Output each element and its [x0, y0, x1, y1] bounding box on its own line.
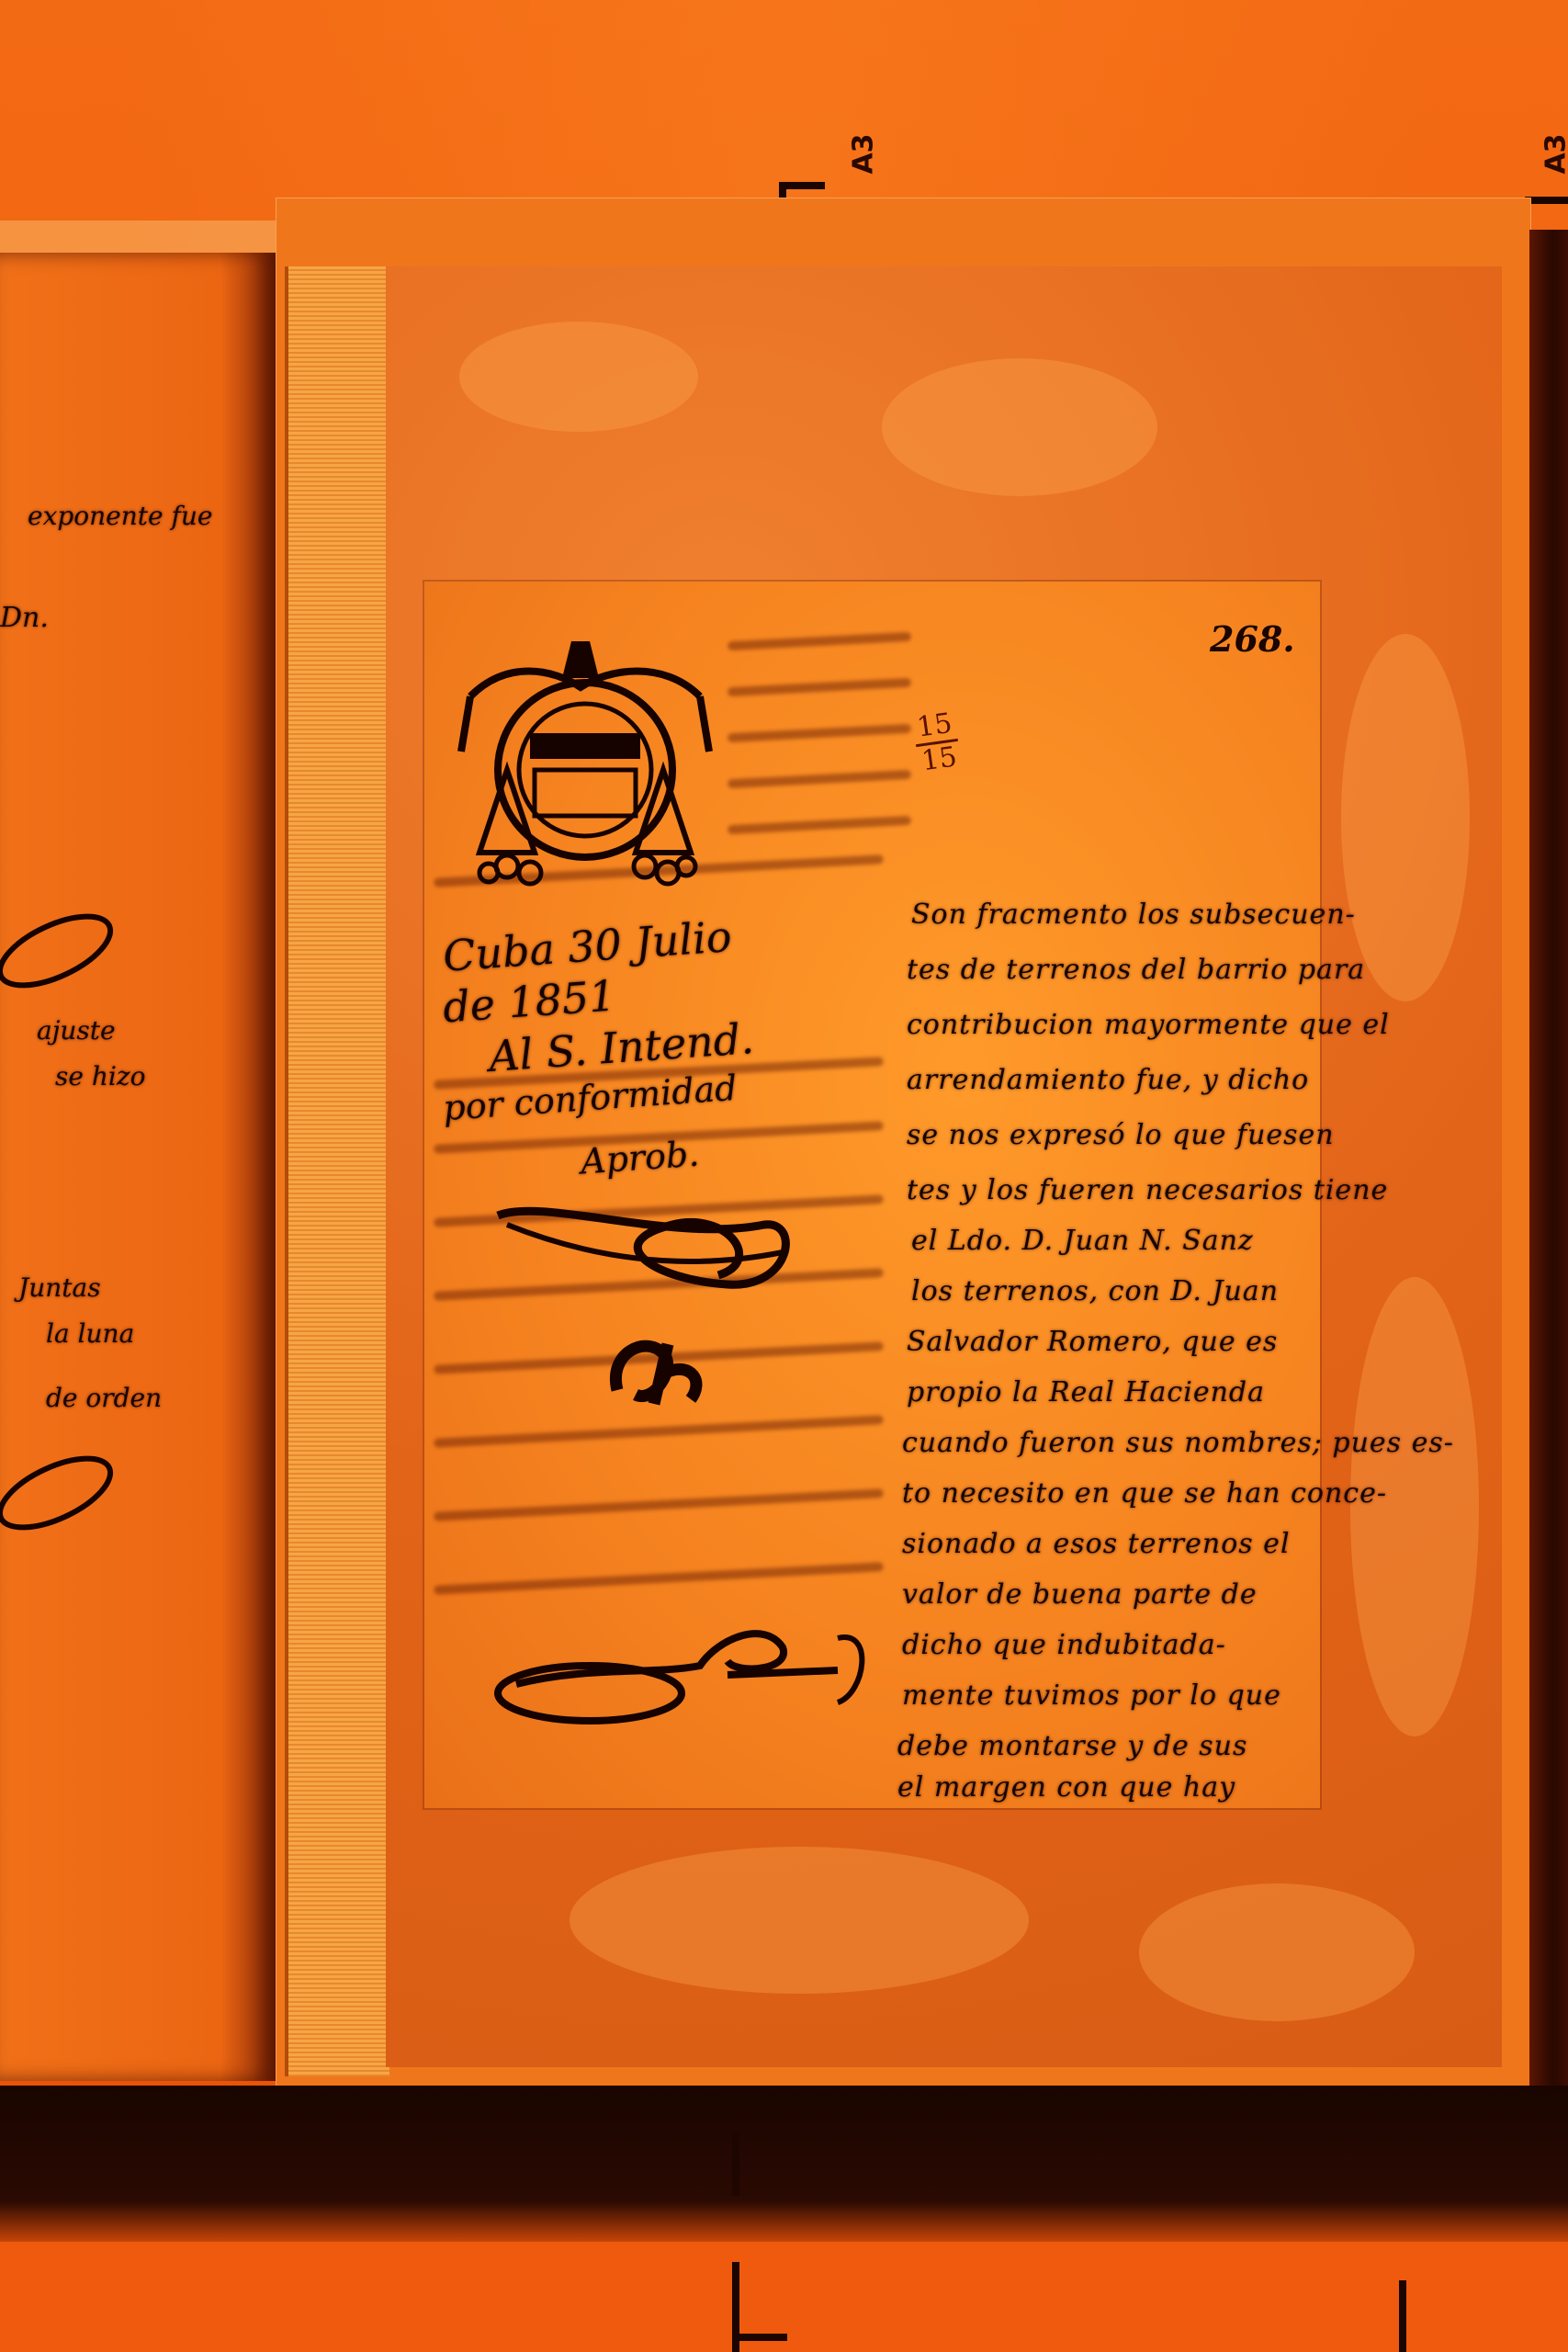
crop-mark-bottom-left-foot	[732, 2334, 787, 2341]
left-signature-flourish	[0, 1438, 129, 1548]
body-line: arrendamiento fue, y dicho	[907, 1064, 1309, 1096]
body-line: los terrenos, con D. Juan	[911, 1275, 1279, 1307]
left-signature-flourish	[0, 896, 129, 1006]
book-board-edge	[1529, 230, 1568, 2086]
left-fragment: se hizo	[55, 1061, 145, 1091]
body-line: valor de buena parte de	[902, 1578, 1258, 1611]
crop-mark-mid-left	[732, 2131, 739, 2196]
signature-rubric-icon	[489, 1188, 801, 1307]
body-line: el Ldo. D. Juan N. Sanz	[911, 1225, 1254, 1257]
coat-of-arms-seal-icon	[452, 632, 718, 894]
manuscript-sheet: 268. 15 15 Cuba 30 Julio de 1851 Al S. I…	[424, 582, 1320, 1808]
body-line: contribucion mayormente que el	[907, 1009, 1390, 1041]
marginal-line: Cuba 30 Julio	[441, 911, 733, 981]
left-fragment: de orden	[46, 1383, 162, 1413]
crop-mark-bottom-right	[1399, 2280, 1406, 2352]
left-fragment: ajuste	[37, 1015, 116, 1046]
body-line: mente tuvimos por lo que	[902, 1679, 1281, 1712]
left-fragment: la luna	[46, 1318, 134, 1349]
body-line: sionado a esos terrenos el	[902, 1528, 1291, 1560]
body-line: tes y los fueren necesarios tiene	[907, 1174, 1388, 1206]
marginal-line: de 1851	[441, 970, 617, 1032]
left-fragment: Juntas	[18, 1272, 101, 1303]
crop-mark-top-right	[1525, 197, 1568, 204]
body-line: se nos expresó lo que fuesen	[907, 1119, 1335, 1151]
folio-numerator: 15	[915, 707, 954, 744]
page-number: 268.	[1210, 618, 1295, 660]
body-line: Son fracmento los subsecuen-	[911, 899, 1356, 931]
body-line: debe montarse y de sus	[897, 1730, 1247, 1762]
body-line: el margen con que hay	[897, 1771, 1235, 1804]
a3-marker-right: A3	[1540, 133, 1568, 174]
folio-denominator: 15	[919, 741, 959, 777]
folio-fraction: 15 15	[911, 707, 962, 778]
marginal-line: Aprob.	[580, 1134, 701, 1182]
bottom-signature-flourish-icon	[489, 1620, 874, 1739]
book-shadow	[0, 2086, 1568, 2251]
body-line: Salvador Romero, que es	[907, 1326, 1278, 1358]
initials-mark-icon	[599, 1317, 718, 1418]
left-page: exponente fue Dn. ajuste se hizo Juntas …	[0, 253, 276, 2081]
left-page-top-edge	[0, 220, 276, 257]
body-line: propio la Real Hacienda	[907, 1376, 1265, 1408]
body-line: tes de terrenos del barrio para	[907, 954, 1365, 986]
body-line: cuando fueron sus nombres; pues es-	[902, 1427, 1454, 1459]
left-fragment: exponente fue	[28, 501, 212, 531]
left-fragment: Dn.	[0, 602, 49, 634]
body-line: dicho que indubitada-	[902, 1629, 1226, 1661]
binding-strip	[285, 266, 389, 2076]
body-line: to necesito en que se han conce-	[902, 1477, 1387, 1510]
a3-marker-left: A3	[848, 133, 880, 174]
